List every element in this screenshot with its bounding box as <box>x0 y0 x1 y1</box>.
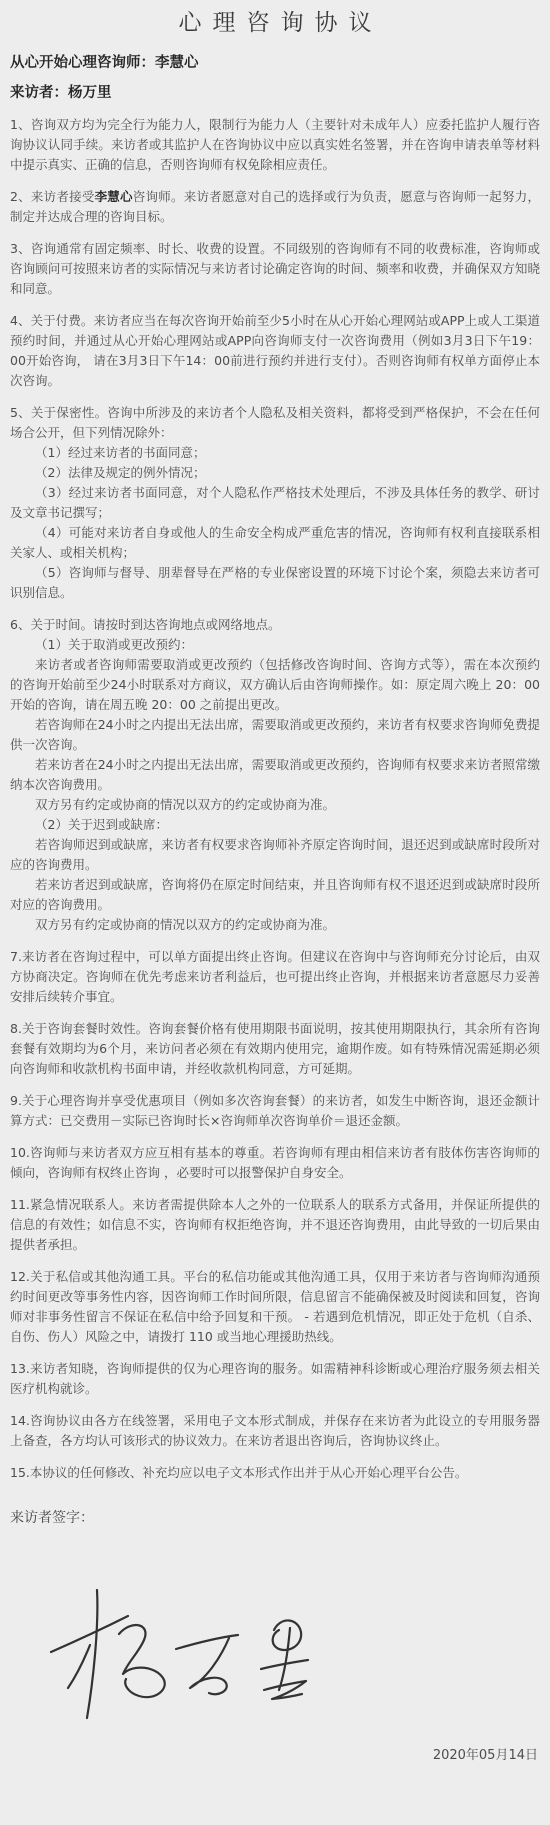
paragraph-6-item-2c: 双方另有约定或协商的情况以双方的约定或协商为准。 <box>10 915 540 935</box>
paragraph-5-item-1: （1）经过来访者的书面同意； <box>10 443 540 463</box>
paragraph-6-item-2b: 若来访者迟到或缺席，咨询将仍在原定时间结束，并且咨询师有权不退还迟到或缺席时段所… <box>10 875 540 915</box>
paragraph-1: 1、咨询双方均为完全行为能力人，限制行为能力人（主要针对未成年人）应委托监护人履… <box>10 115 540 175</box>
paragraph-5-item-4: （4）可能对来访者自身或他人的生命安全构成严重危害的情况，咨询师有权利直接联系相… <box>10 523 540 563</box>
paragraph-10: 10.咨询师与来访者双方应互相有基本的尊重。若咨询师有理由相信来访者有肢体伤害咨… <box>10 1143 540 1183</box>
paragraph-6-item-2a: 若咨询师迟到或缺席，来访者有权要求咨询师补齐原定咨询时间，退还迟到或缺席时段所对… <box>10 835 540 875</box>
paragraph-5-item-5: （5）咨询师与督导、朋辈督导在严格的专业保密设置的环境下讨论个案，须隐去来访者可… <box>10 563 540 603</box>
paragraph-6-item-1a: 来访者或者咨询师需要取消或更改预约（包括修改咨询时间、咨询方式等），需在本次预约… <box>10 655 540 715</box>
paragraph-15: 15.本协议的任何修改、补充均应以电子文本形式作出并于从心开始心理平台公告。 <box>10 1463 540 1483</box>
signing-date: 2020年05月14日 <box>10 1747 540 1765</box>
agreement-body: 1、咨询双方均为完全行为能力人，限制行为能力人（主要针对未成年人）应委托监护人履… <box>10 115 540 1483</box>
paragraph-6-item-1: （1）关于取消或更改预约： <box>10 635 540 655</box>
visitor-signature-label: 来访者签字： <box>10 1509 540 1528</box>
counselor-line: 从心开始心理咨询师：李慧心 <box>10 54 540 73</box>
paragraph-5-item-2: （2）法律及规定的例外情况； <box>10 463 540 483</box>
visitor-line: 来访者：杨万里 <box>10 84 540 103</box>
paragraph-8: 8.关于咨询套餐时效性。咨询套餐价格有使用期限书面说明，按其使用期限执行，其余所… <box>10 1019 540 1079</box>
paragraph-6-item-2: （2）关于迟到或缺席： <box>10 815 540 835</box>
paragraph-11: 11.紧急情况联系人。来访者需提供除本人之外的一位联系人的联系方式备用，并保证所… <box>10 1195 540 1255</box>
paragraph-5-item-3: （3）经过来访者书面同意，对个人隐私作严格技术处理后，不涉及具体任务的教学、研讨… <box>10 483 540 523</box>
paragraph-9: 9.关于心理咨询并享受优惠项目（例如多次咨询套餐）的来访者，如发生中断咨询，退还… <box>10 1091 540 1131</box>
paragraph-3: 3、咨询通常有固定频率、时长、收费的设置。不同级别的咨询师有不同的收费标准，咨询… <box>10 239 540 299</box>
paragraph-7: 7.来访者在咨询过程中，可以单方面提出终止咨询。但建议在咨询中与咨询师充分讨论后… <box>10 947 540 1007</box>
paragraph-6-item-1d: 双方另有约定或协商的情况以双方的约定或协商为准。 <box>10 795 540 815</box>
visitor-signature-handwriting <box>24 1586 314 1731</box>
paragraph-6-item-1c: 若来访者在24小时之内提出无法出席，需要取消或更改预约，咨询师有权要求来访者照常… <box>10 755 540 795</box>
paragraph-4: 4、关于付费。来访者应当在每次咨询开始前至少5小时在从心开始心理网站或APP上或… <box>10 311 540 391</box>
paragraph-5: 5、关于保密性。咨询中所涉及的来访者个人隐私及相关资料，都将受到严格保护，不会在… <box>10 403 540 443</box>
agreement-page: 心理咨询协议 从心开始心理咨询师：李慧心 来访者：杨万里 1、咨询双方均为完全行… <box>0 0 550 1825</box>
paragraph-12: 12.关于私信或其他沟通工具。平台的私信功能或其他沟通工具，仅用于来访者与咨询师… <box>10 1267 540 1347</box>
paragraph-2: 2、来访者接受李慧心咨询师。来访者愿意对自己的选择或行为负责，愿意与咨询师一起努… <box>10 187 540 227</box>
paragraph-13: 13.来访者知晓，咨询师提供的仅为心理咨询的服务。如需精神科诊断或心理治疗服务须… <box>10 1359 540 1399</box>
paragraph-6: 6、关于时间。请按时到达咨询地点或网络地点。 <box>10 615 540 635</box>
page-title: 心理咨询协议 <box>10 8 540 38</box>
paragraph-14: 14.咨询协议由各方在线签署，采用电子文本形式制成，并保存在来访者为此设立的专用… <box>10 1411 540 1451</box>
paragraph-6-item-1b: 若咨询师在24小时之内提出无法出席，需要取消或更改预约，来访者有权要求咨询师免费… <box>10 715 540 755</box>
